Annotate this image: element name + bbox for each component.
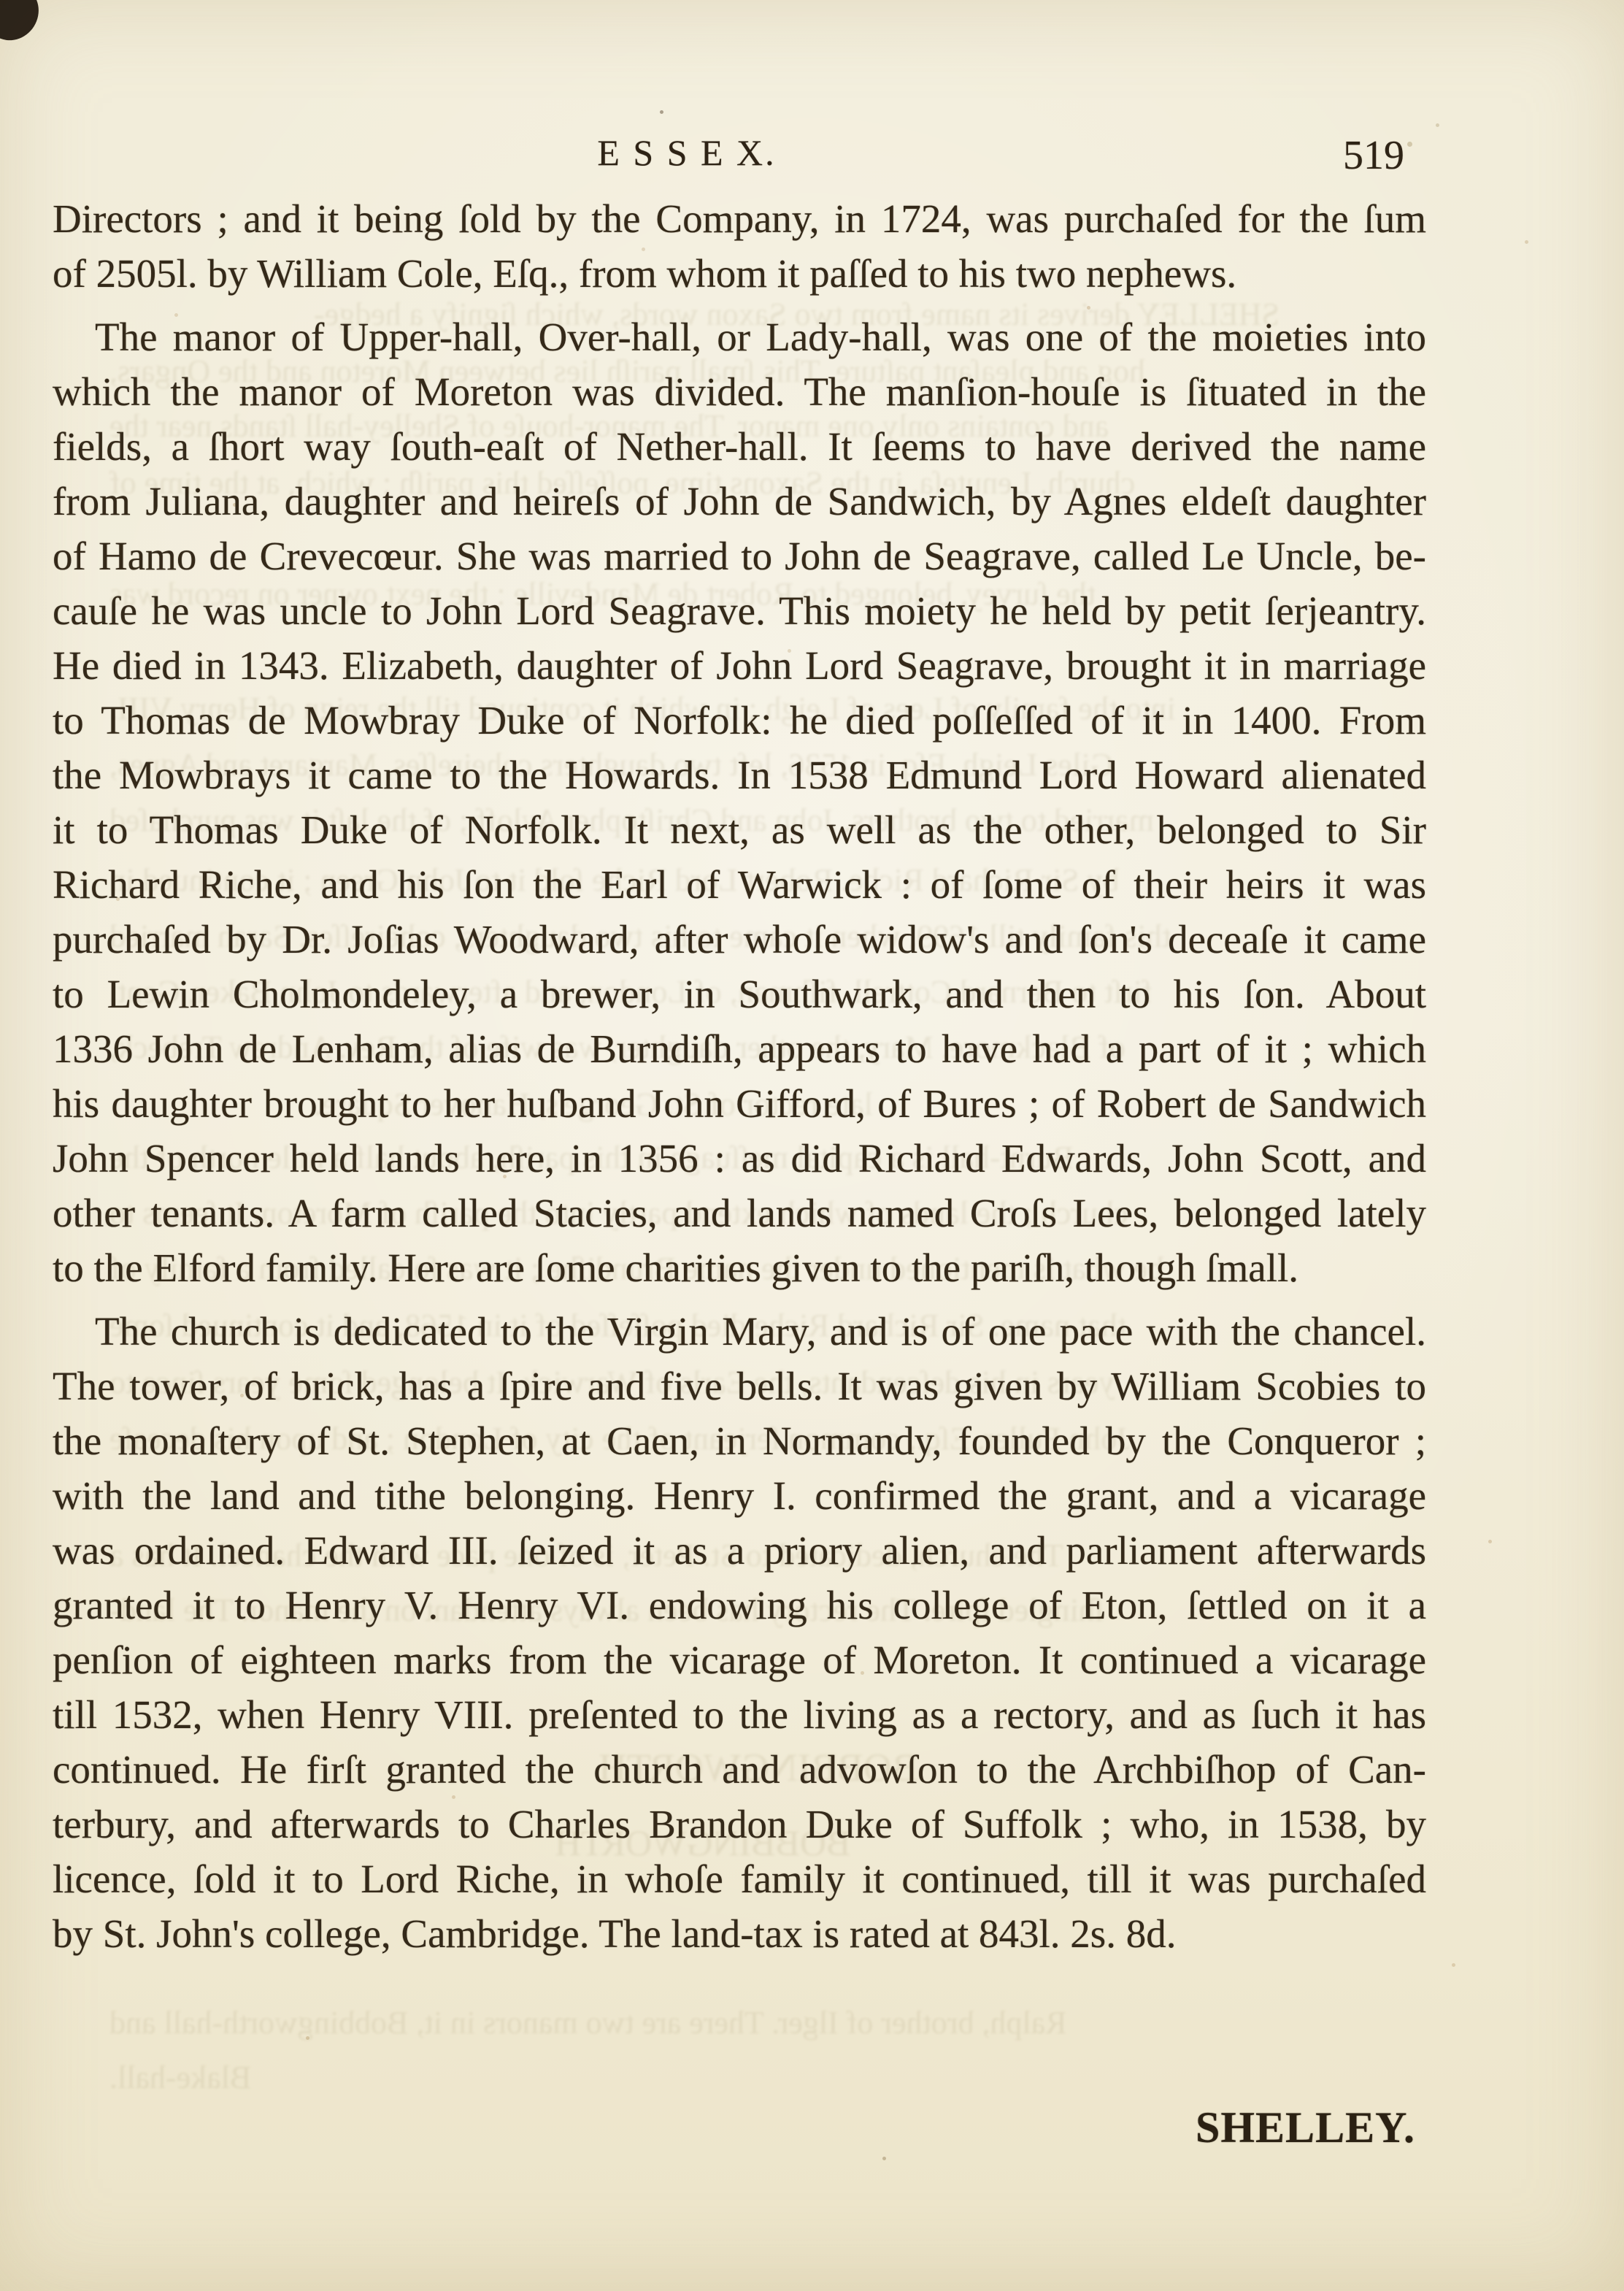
text-line: continued. He firſt granted the church a… (53, 1742, 1426, 1797)
text-line: till 1532, when Henry VIII. preſented to… (53, 1687, 1426, 1742)
text-line: to Thomas de Mowbray Duke of Norfolk: he… (53, 693, 1426, 748)
text-line: terbury, and afterwards to Charles Brand… (53, 1797, 1426, 1851)
paragraph: The church is dedicated to the Virgin Ma… (53, 1304, 1426, 1961)
text-line: licence, ſold it to Lord Riche, in whoſe… (53, 1851, 1426, 1906)
text-line: purchaſed by Dr. Joſias Woodward, after … (53, 912, 1426, 967)
text-line: the monaſtery of St. Stephen, at Caen, i… (53, 1413, 1426, 1468)
text-line: The tower, of brick, has a ſpire and fiv… (53, 1359, 1426, 1413)
text-line: to Lewin Cholmondeley, a brewer, in Sout… (53, 967, 1426, 1021)
showthrough-line: Ralph, brother of Ilger. There are two m… (109, 2004, 1067, 2041)
text-line: by St. John's college, Cambridge. The la… (53, 1906, 1426, 1961)
paragraph: Directors ; and it being ſold by the Com… (53, 191, 1426, 301)
book-page: SHELLEY derives its name from two Saxon … (0, 0, 1624, 2291)
page-number: 519 (1343, 132, 1404, 179)
text-line: John Spencer held lands here, in 1356 : … (53, 1131, 1426, 1186)
text-line: penſion of eighteen marks from the vicar… (53, 1632, 1426, 1687)
text-line: The manor of Upper-hall, Over-hall, or L… (53, 310, 1426, 364)
text-line: it to Thomas Duke of Norfolk. It next, a… (53, 802, 1426, 857)
text-line: The church is dedicated to the Virgin Ma… (53, 1304, 1426, 1359)
text-line: of 2505l. by William Cole, Eſq., from wh… (53, 246, 1426, 301)
text-line: cauſe he was uncle to John Lord Seagrave… (53, 583, 1426, 638)
paragraph: The manor of Upper-hall, Over-hall, or L… (53, 310, 1426, 1295)
text-line: Directors ; and it being ſold by the Com… (53, 191, 1426, 246)
text-line: from Juliana, daughter and heireſs of Jo… (53, 474, 1426, 529)
text-line: with the land and tithe belonging. Henry… (53, 1468, 1426, 1523)
running-title: E S S E X. (0, 131, 1374, 174)
text-line: was ordained. Edward III. ſeized it as a… (53, 1523, 1426, 1578)
text-line: of Hamo de Crevecœur. She was married to… (53, 529, 1426, 583)
text-line: Richard Riche, and his ſon the Earl of W… (53, 857, 1426, 912)
text-line: his daughter brought to her huſband John… (53, 1076, 1426, 1131)
text-line: fields, a ſhort way ſouth-eaſt of Nether… (53, 419, 1426, 474)
scan-corner-artifact (0, 0, 49, 50)
paper-speckles (0, 0, 2, 2)
catchword: SHELLEY. (1196, 2103, 1415, 2153)
showthrough-line: Blake-hall. (109, 2059, 251, 2096)
text-line: 1336 John de Lenham, alias de Burndiſh, … (53, 1021, 1426, 1076)
text-block: Directors ; and it being ſold by the Com… (53, 191, 1426, 1961)
text-line: granted it to Henry V. Henry VI. endowin… (53, 1578, 1426, 1632)
text-line: which the manor of Moreton was divided. … (53, 364, 1426, 419)
text-line: to the Elford family. Here are ſome char… (53, 1240, 1426, 1295)
text-line: the Mowbrays it came to the Howards. In … (53, 748, 1426, 802)
text-line: He died in 1343. Elizabeth, daughter of … (53, 638, 1426, 693)
text-line: other tenants. A farm called Stacies, an… (53, 1186, 1426, 1240)
